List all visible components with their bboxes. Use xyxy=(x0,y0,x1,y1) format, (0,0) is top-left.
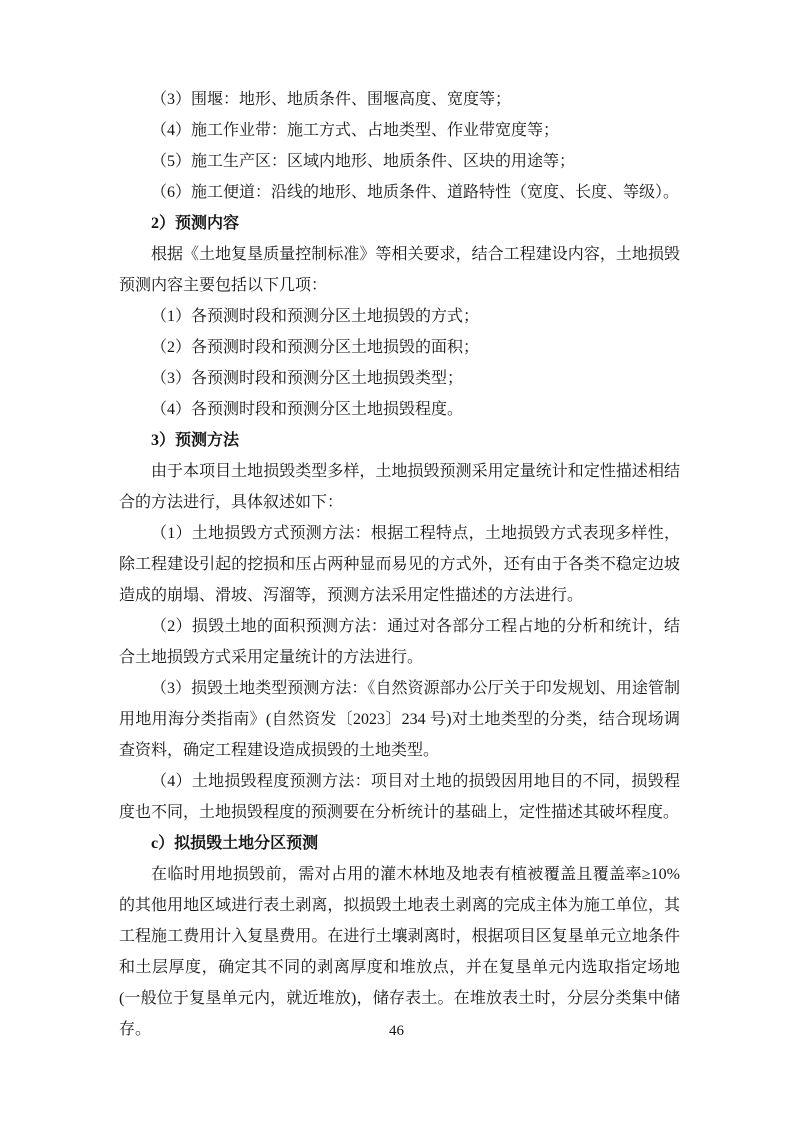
list-item: （5）施工生产区：区域内地形、地质条件、区块的用途等； xyxy=(119,146,680,177)
paragraph: （3）损毁土地类型预测方法：《自然资源部办公厅关于印发规划、用途管制用地用海分类… xyxy=(119,673,680,766)
list-item: （4）施工作业带：施工方式、占地类型、作业带宽度等； xyxy=(119,115,680,146)
heading: 3）预测方法 xyxy=(119,425,680,456)
paragraph: （4）土地损毁程度预测方法：项目对土地的损毁因用地目的不同，损毁程度也不同，土地… xyxy=(119,766,680,828)
document-body: （3）围堰：地形、地质条件、围堰高度、宽度等；（4）施工作业带：施工方式、占地类… xyxy=(119,84,680,1045)
document-page: （3）围堰：地形、地质条件、围堰高度、宽度等；（4）施工作业带：施工方式、占地类… xyxy=(0,0,793,1122)
list-item: （1）各预测时段和预测分区土地损毁的方式； xyxy=(119,301,680,332)
list-item: （3）各预测时段和预测分区土地损毁类型； xyxy=(119,363,680,394)
paragraph: （2）损毁土地的面积预测方法：通过对各部分工程占地的分析和统计，结合土地损毁方式… xyxy=(119,611,680,673)
paragraph: 根据《土地复垦质量控制标准》等相关要求，结合工程建设内容，土地损毁预测内容主要包… xyxy=(119,239,680,301)
heading: c）拟损毁土地分区预测 xyxy=(119,828,680,859)
paragraph: （1）土地损毁方式预测方法：根据工程特点，土地损毁方式表现多样性，除工程建设引起… xyxy=(119,518,680,611)
heading: 2）预测内容 xyxy=(119,208,680,239)
page-number: 46 xyxy=(0,1020,793,1042)
list-item: （6）施工便道：沿线的地形、地质条件、道路特性（宽度、长度、等级）。 xyxy=(119,177,680,208)
paragraph: 在临时用地损毁前，需对占用的灌木林地及地表有植被覆盖且覆盖率≥10%的其他用地区… xyxy=(119,859,680,1045)
list-item: （4）各预测时段和预测分区土地损毁程度。 xyxy=(119,394,680,425)
list-item: （2）各预测时段和预测分区土地损毁的面积； xyxy=(119,332,680,363)
paragraph: 由于本项目土地损毁类型多样，土地损毁预测采用定量统计和定性描述相结合的方法进行，… xyxy=(119,456,680,518)
list-item: （3）围堰：地形、地质条件、围堰高度、宽度等； xyxy=(119,84,680,115)
